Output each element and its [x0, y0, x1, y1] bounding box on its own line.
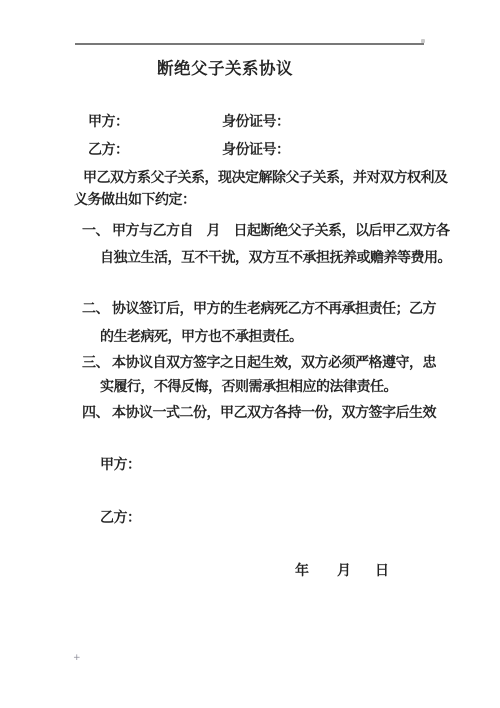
clause-2-number: 二、 — [82, 299, 109, 319]
clause-1-line-2: 自独立生活，互不干扰，双方互不承担抚养或赡养等费用。 — [100, 248, 451, 268]
clause-4-number: 四、 — [82, 403, 109, 423]
footer-mark: + — [73, 653, 81, 663]
date-year-label: 年 — [295, 561, 309, 581]
document-page: 断绝父子关系协议 甲方： 身份证号： 乙方： 身份证号： 甲乙双方系父子关系，现… — [0, 0, 500, 708]
intro-line-1: 甲乙双方系父子关系，现决定解除父子关系，并对双方权利及 — [83, 168, 448, 188]
party-b-label: 乙方： — [88, 140, 129, 160]
party-a-label: 甲方： — [88, 112, 129, 132]
header-rule — [75, 43, 424, 45]
intro-line-2: 义务做出如下约定： — [74, 190, 196, 210]
clause-1-line-1: 甲方与乙方自 月 日起断绝父子关系，以后甲乙双方各 — [112, 221, 450, 241]
party-b-id-label: 身份证号： — [222, 140, 290, 160]
clause-4-line-1: 本协议一式二份，甲乙双方各持一份，双方签字后生效 — [112, 403, 436, 423]
date-day-label: 日 — [375, 561, 389, 581]
signature-party-b-label: 乙方： — [100, 508, 141, 528]
party-a-id-label: 身份证号： — [222, 112, 290, 132]
date-month-label: 月 — [337, 561, 351, 581]
signature-party-a-label: 甲方： — [100, 455, 141, 475]
clause-1-number: 一、 — [82, 221, 109, 241]
clause-3-line-1: 本协议自双方签字之日起生效，双方必须严格遵守，忠 — [112, 353, 436, 373]
document-title: 断绝父子关系协议 — [157, 59, 293, 79]
clause-3-number: 三、 — [82, 353, 109, 373]
clause-3-line-2: 实履行，不得反悔，否则需承担相应的法律责任。 — [100, 377, 397, 397]
clause-2-line-2: 的生老病死，甲方也不承担责任。 — [100, 327, 303, 347]
clause-2-line-1: 协议签订后，甲方的生老病死乙方不再承担责任；乙方 — [112, 299, 436, 319]
header-rule-end-speck — [421, 39, 425, 43]
